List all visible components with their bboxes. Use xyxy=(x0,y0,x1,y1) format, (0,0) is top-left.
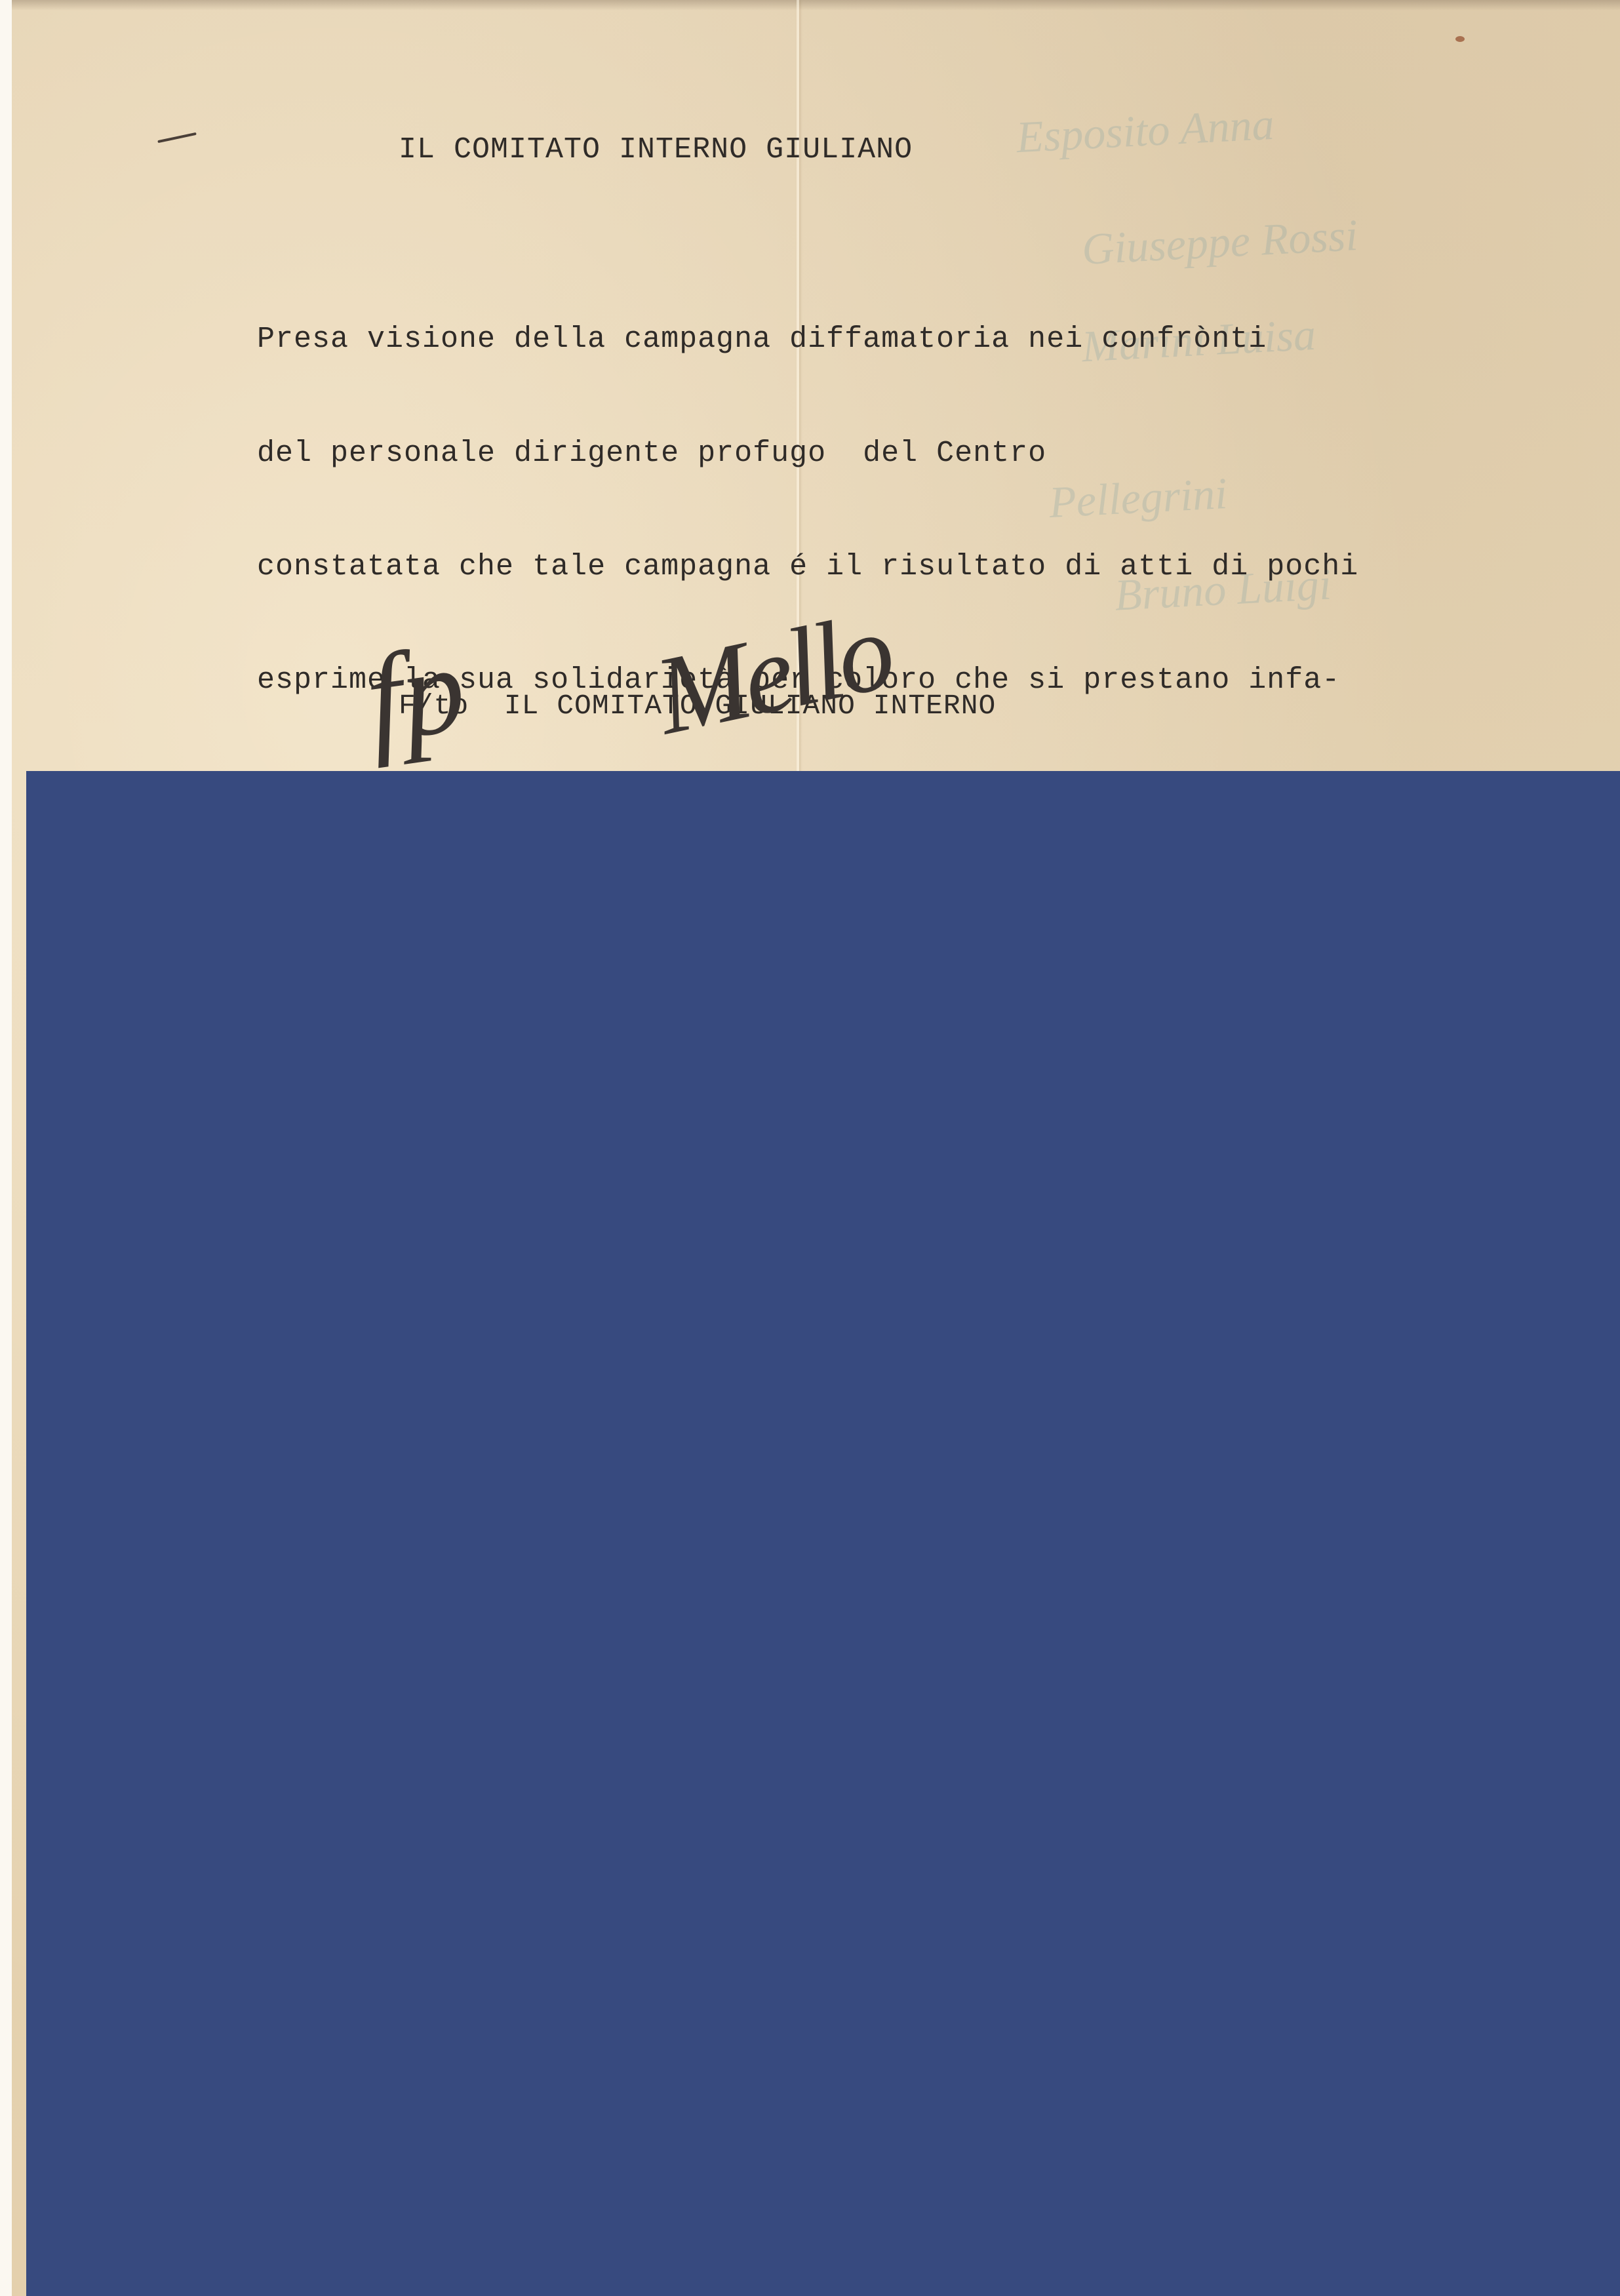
body-line: constatata che tale campagna é il risult… xyxy=(257,548,1358,586)
handwritten-signature: fp xyxy=(358,617,474,772)
document-heading: IL COMITATO INTERNO GIULIANO xyxy=(399,133,913,167)
stain-spot xyxy=(1455,36,1465,42)
body-line: del personale dirigente profugo del Cent… xyxy=(257,435,1358,473)
redaction-block xyxy=(26,771,1620,2296)
paper-top-edge xyxy=(12,0,1620,10)
body-line: Presa visione della campagna diffamatori… xyxy=(257,321,1358,359)
